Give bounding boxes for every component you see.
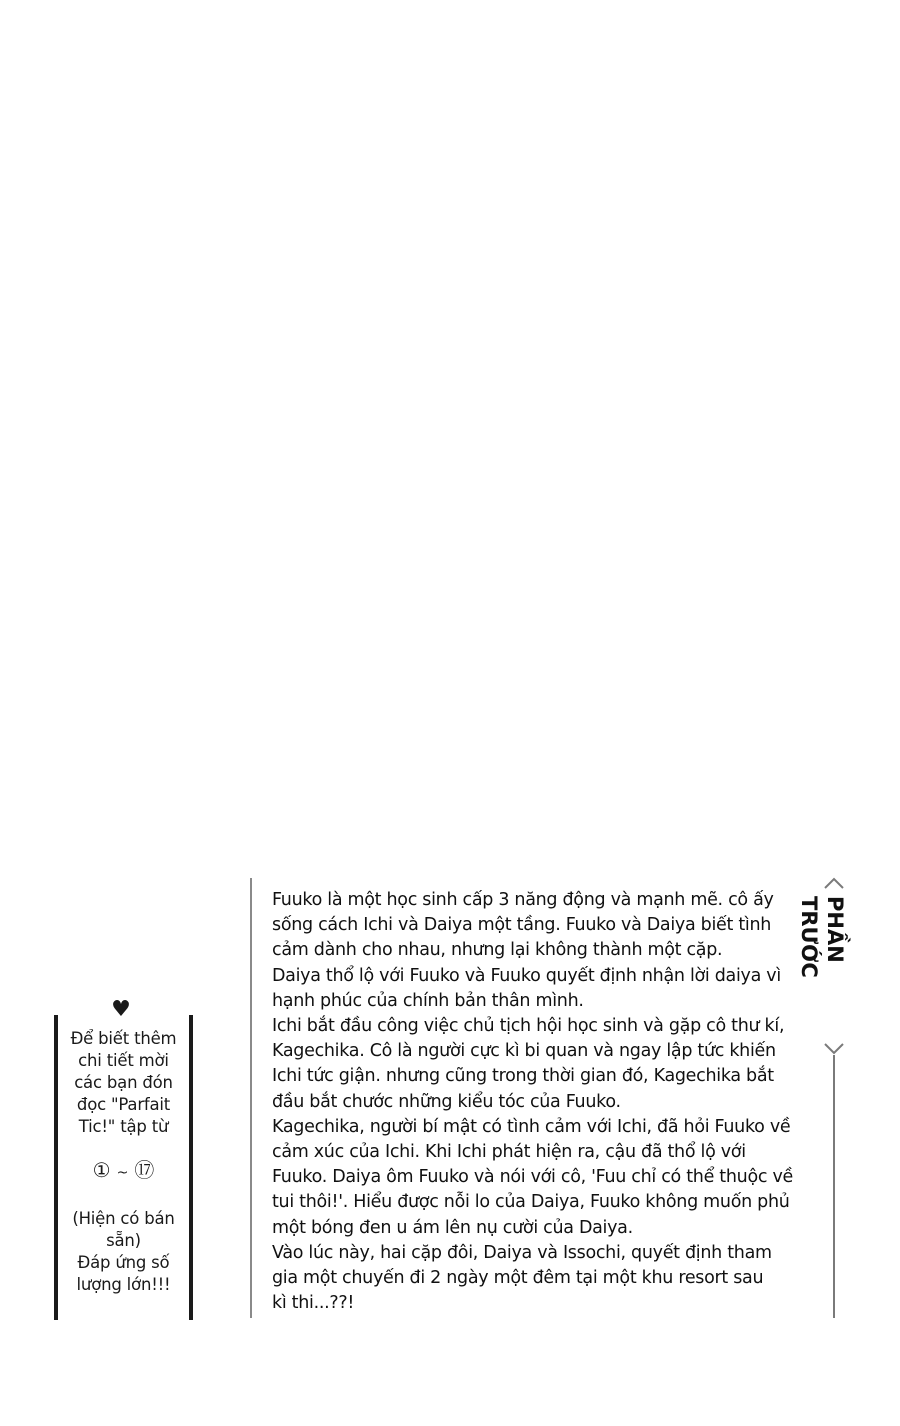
summary-line: Kagechika, người bí mật có tình cảm với … <box>272 1115 817 1140</box>
summary-line: Fuuko. Daiya ôm Fuuko và nói với cô, 'Fu… <box>272 1165 817 1190</box>
summary-line: Kagechika. Cô là người cực kì bi quan và… <box>272 1039 817 1064</box>
chevron-up-icon <box>823 876 845 890</box>
summary-line: tui thôi!'. Hiểu được nỗi lo của Daiya, … <box>272 1190 817 1215</box>
previous-summary-box: Fuuko là một học sinh cấp 3 năng động và… <box>250 878 810 1318</box>
summary-line: một bóng đen u ám lên nụ cười của Daiya. <box>272 1216 817 1241</box>
promo-panel: Để biết thêm chi tiết mời các bạn đón đọ… <box>54 1015 193 1320</box>
summary-line: Vào lúc này, hai cặp đôi, Daiya và Issoc… <box>272 1241 817 1266</box>
summary-text: Fuuko là một học sinh cấp 3 năng động và… <box>272 888 817 1316</box>
promo-intro-line: Tic!" tập từ <box>58 1116 189 1138</box>
side-heading: PHẦN TRƯỚC <box>818 870 854 1330</box>
summary-line: cảm xúc của Ichi. Khi Ichi phát hiện ra,… <box>272 1140 817 1165</box>
promo-note-line: (Hiện có bán <box>58 1208 189 1230</box>
summary-line: đầu bắt chước những kiểu tóc của Fuuko. <box>272 1090 817 1115</box>
chevron-down-icon <box>823 1042 845 1056</box>
promo-intro-line: Để biết thêm <box>58 1028 189 1050</box>
summary-line: Daiya thổ lộ với Fuuko và Fuuko quyết đị… <box>272 964 817 989</box>
promo-intro-line: chi tiết mời <box>58 1050 189 1072</box>
section-title: PHẦN TRƯỚC <box>822 896 848 1041</box>
volume-range: ①~⑰ <box>58 1157 189 1186</box>
promo-note: (Hiện có bán sẵn) Đáp ứng số lượng lớn!!… <box>58 1208 189 1296</box>
summary-line: gia một chuyến đi 2 ngày một đêm tại một… <box>272 1266 817 1291</box>
summary-line: cảm dành cho nhau, nhưng lại không thành… <box>272 938 817 963</box>
summary-line: Ichi tức giận. nhưng cũng trong thời gia… <box>272 1064 817 1089</box>
promo-note-line: lượng lớn!!! <box>58 1274 189 1296</box>
summary-line: Ichi bắt đầu công việc chủ tịch hội học … <box>272 1014 817 1039</box>
manga-page: ♥ Để biết thêm chi tiết mời các bạn đón … <box>0 0 900 1426</box>
promo-intro-line: các bạn đón <box>58 1072 189 1094</box>
promo-note-line: Đáp ứng số <box>58 1252 189 1274</box>
summary-line: Fuuko là một học sinh cấp 3 năng động và… <box>272 888 817 913</box>
promo-intro-line: đọc "Parfait <box>58 1094 189 1116</box>
volume-range-end: ⑰ <box>134 1158 154 1182</box>
promo-note-line: sẵn) <box>58 1230 189 1252</box>
summary-line: sống cách Ichi và Daiya một tầng. Fuuko … <box>272 913 817 938</box>
divider-line <box>833 1055 835 1318</box>
volume-range-separator: ~ <box>117 1165 129 1181</box>
summary-line: kì thi...??! <box>272 1291 817 1316</box>
volume-range-start: ① <box>93 1158 111 1182</box>
promo-intro: Để biết thêm chi tiết mời các bạn đón đọ… <box>58 1028 189 1138</box>
summary-line: hạnh phúc của chính bản thân mình. <box>272 989 817 1014</box>
